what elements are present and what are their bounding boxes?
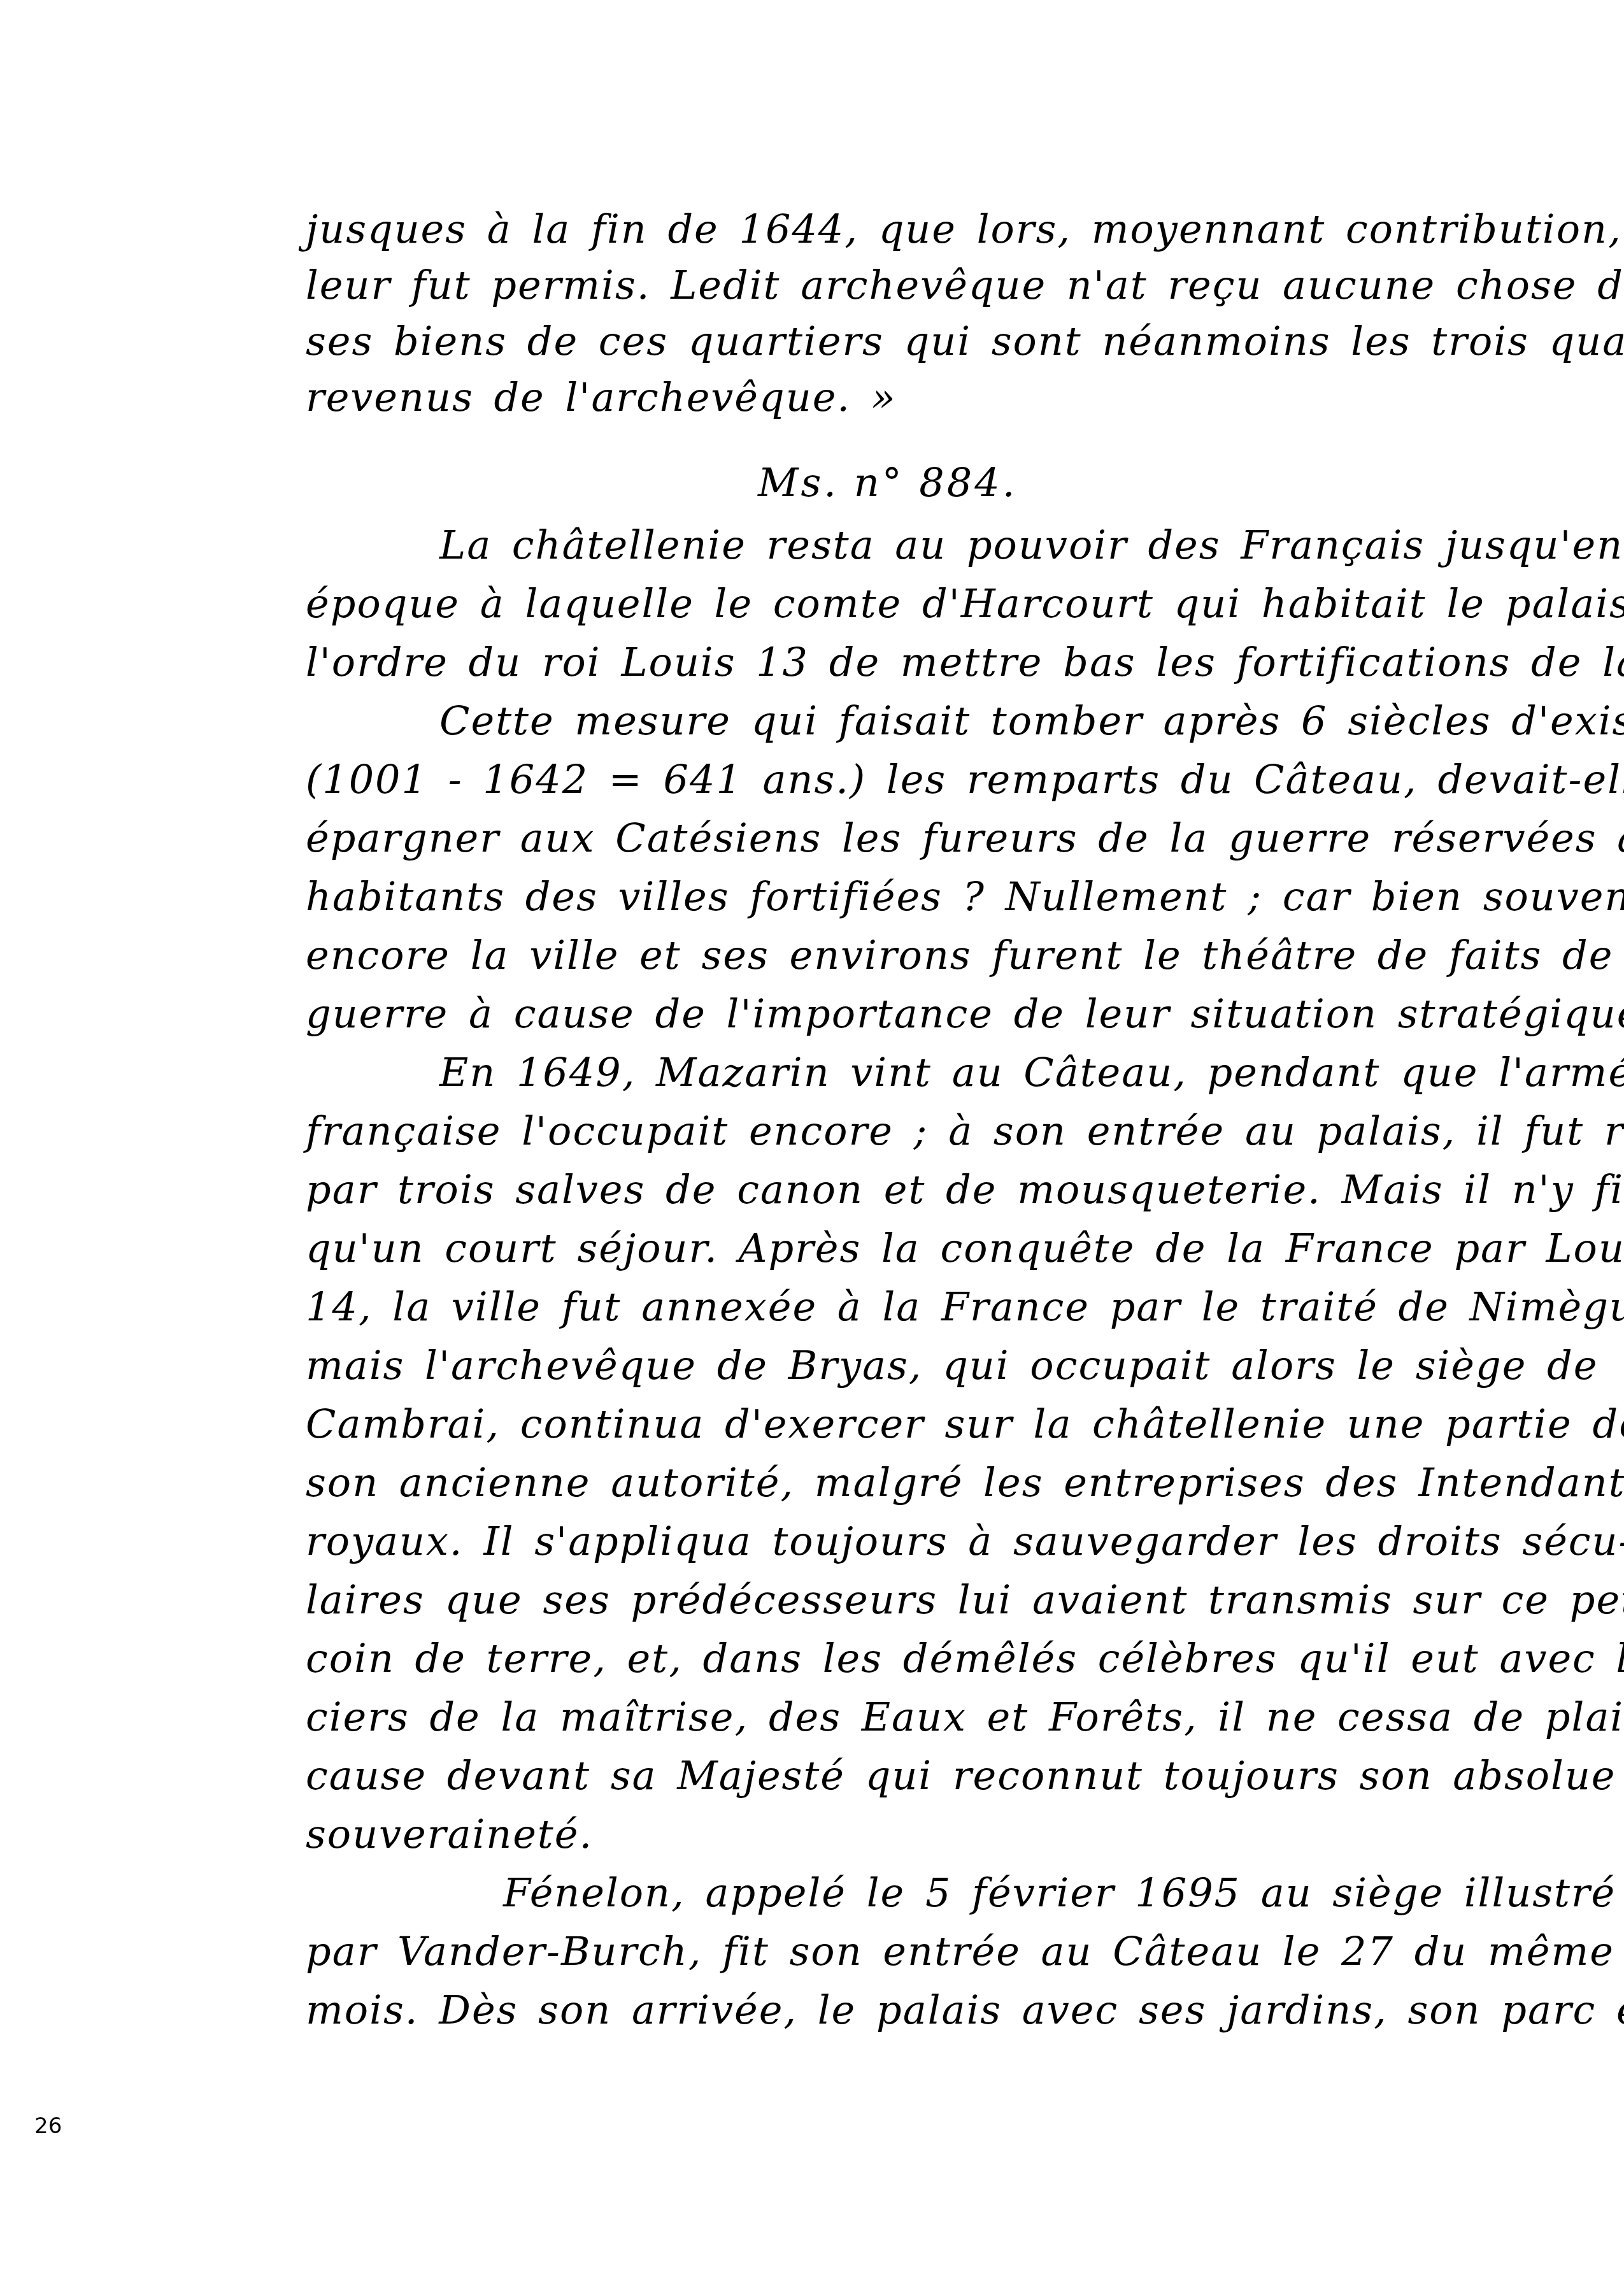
text-line: épargner aux Catésiens les fureurs de la… bbox=[306, 808, 1554, 868]
text-line: son ancienne autorité, malgré les entrep… bbox=[306, 1452, 1554, 1513]
text-line: laires que ses prédécesseurs lui avaient… bbox=[306, 1569, 1554, 1630]
paragraph-start-line: La châtellenie resta au pouvoir des Fran… bbox=[306, 515, 1554, 575]
text-line: qu'un court séjour. Après la conquête de… bbox=[306, 1218, 1554, 1278]
paragraph-start-line: Cette mesure qui faisait tomber après 6 … bbox=[306, 690, 1554, 751]
text-line: Cambrai, continua d'exercer sur la châte… bbox=[306, 1394, 1554, 1454]
paragraph-start-line: En 1649, Mazarin vint au Câteau, pendant… bbox=[306, 1042, 1554, 1103]
text-line: française l'occupait encore ; à son entr… bbox=[306, 1101, 1554, 1161]
text-line: 14, la ville fut annexée à la France par… bbox=[306, 1276, 1554, 1337]
text-line: habitants des villes fortifiées ? Nullem… bbox=[306, 866, 1554, 927]
text-line: ciers de la maîtrise, des Eaux et Forêts… bbox=[306, 1687, 1554, 1747]
text-line: royaux. Il s'appliqua toujours à sauvega… bbox=[306, 1511, 1554, 1571]
paragraph-start-line: Fénelon, appelé le 5 février 1695 au siè… bbox=[306, 1862, 1554, 1923]
text-line: mois. Dès son arrivée, le palais avec se… bbox=[306, 1980, 1554, 2040]
text-line: souveraineté. bbox=[306, 1804, 1554, 1864]
text-line: coin de terre, et, dans les démêlés célè… bbox=[306, 1628, 1554, 1689]
text-line: mais l'archevêque de Bryas, qui occupait… bbox=[306, 1335, 1554, 1396]
text-line: encore la ville et ses environs furent l… bbox=[306, 925, 1554, 985]
text-line: cause devant sa Majesté qui reconnut tou… bbox=[306, 1745, 1554, 1806]
manuscript-reference-heading: Ms. n° 884. bbox=[758, 452, 1017, 513]
text-line: par trois salves de canon et de mousquet… bbox=[306, 1159, 1554, 1220]
manuscript-page: jusques à la fin de 1644, que lors, moye… bbox=[0, 0, 1624, 2293]
text-line: jusques à la fin de 1644, que lors, moye… bbox=[306, 199, 1554, 259]
page-number: 26 bbox=[34, 2113, 62, 2139]
text-line: époque à laquelle le comte d'Harcourt qu… bbox=[306, 573, 1554, 634]
text-line: (1001 - 1642 = 641 ans.) les remparts du… bbox=[306, 749, 1554, 810]
text-line: l'ordre du roi Louis 13 de mettre bas le… bbox=[306, 632, 1554, 692]
text-line: ses biens de ces quartiers qui sont néan… bbox=[306, 311, 1554, 371]
text-line: guerre à cause de l'importance de leur s… bbox=[306, 983, 1554, 1044]
text-line: par Vander-Burch, fit son entrée au Câte… bbox=[306, 1921, 1554, 1982]
text-line: revenus de l'archevêque. » bbox=[306, 367, 1554, 427]
text-line: leur fut permis. Ledit archevêque n'at r… bbox=[306, 255, 1554, 315]
